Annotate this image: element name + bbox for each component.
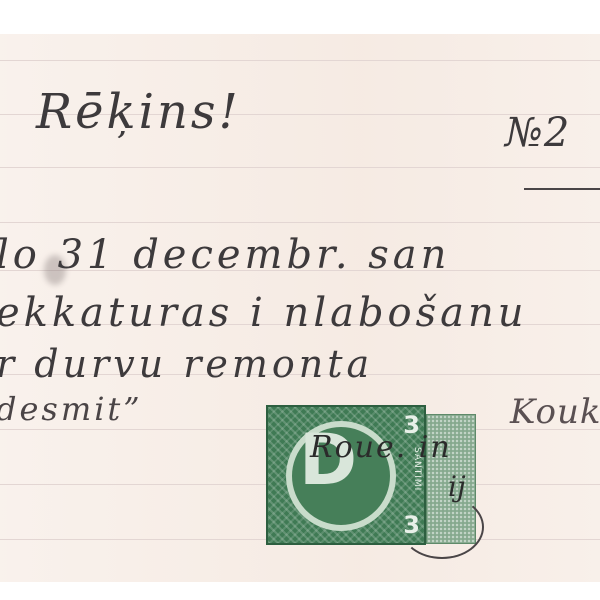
receipt-number: №2: [505, 110, 570, 156]
signature: Kouk: [510, 392, 600, 432]
ruled-line: [0, 222, 600, 223]
ruled-line: [0, 167, 600, 168]
number-underline: [524, 188, 600, 190]
text-line-2: ekkaturas i nlabošanu: [0, 290, 528, 336]
signature-flourish: [400, 495, 484, 559]
stamp-cancellation: Roue. in: [310, 430, 452, 465]
text-line-1: lo 31 decembr. san: [0, 232, 450, 278]
text-line-3: r durvu remonta: [0, 342, 373, 386]
receipt-title: Rēķins!: [36, 84, 241, 140]
ruled-line: [0, 60, 600, 61]
text-line-4: desmit”: [0, 390, 143, 428]
